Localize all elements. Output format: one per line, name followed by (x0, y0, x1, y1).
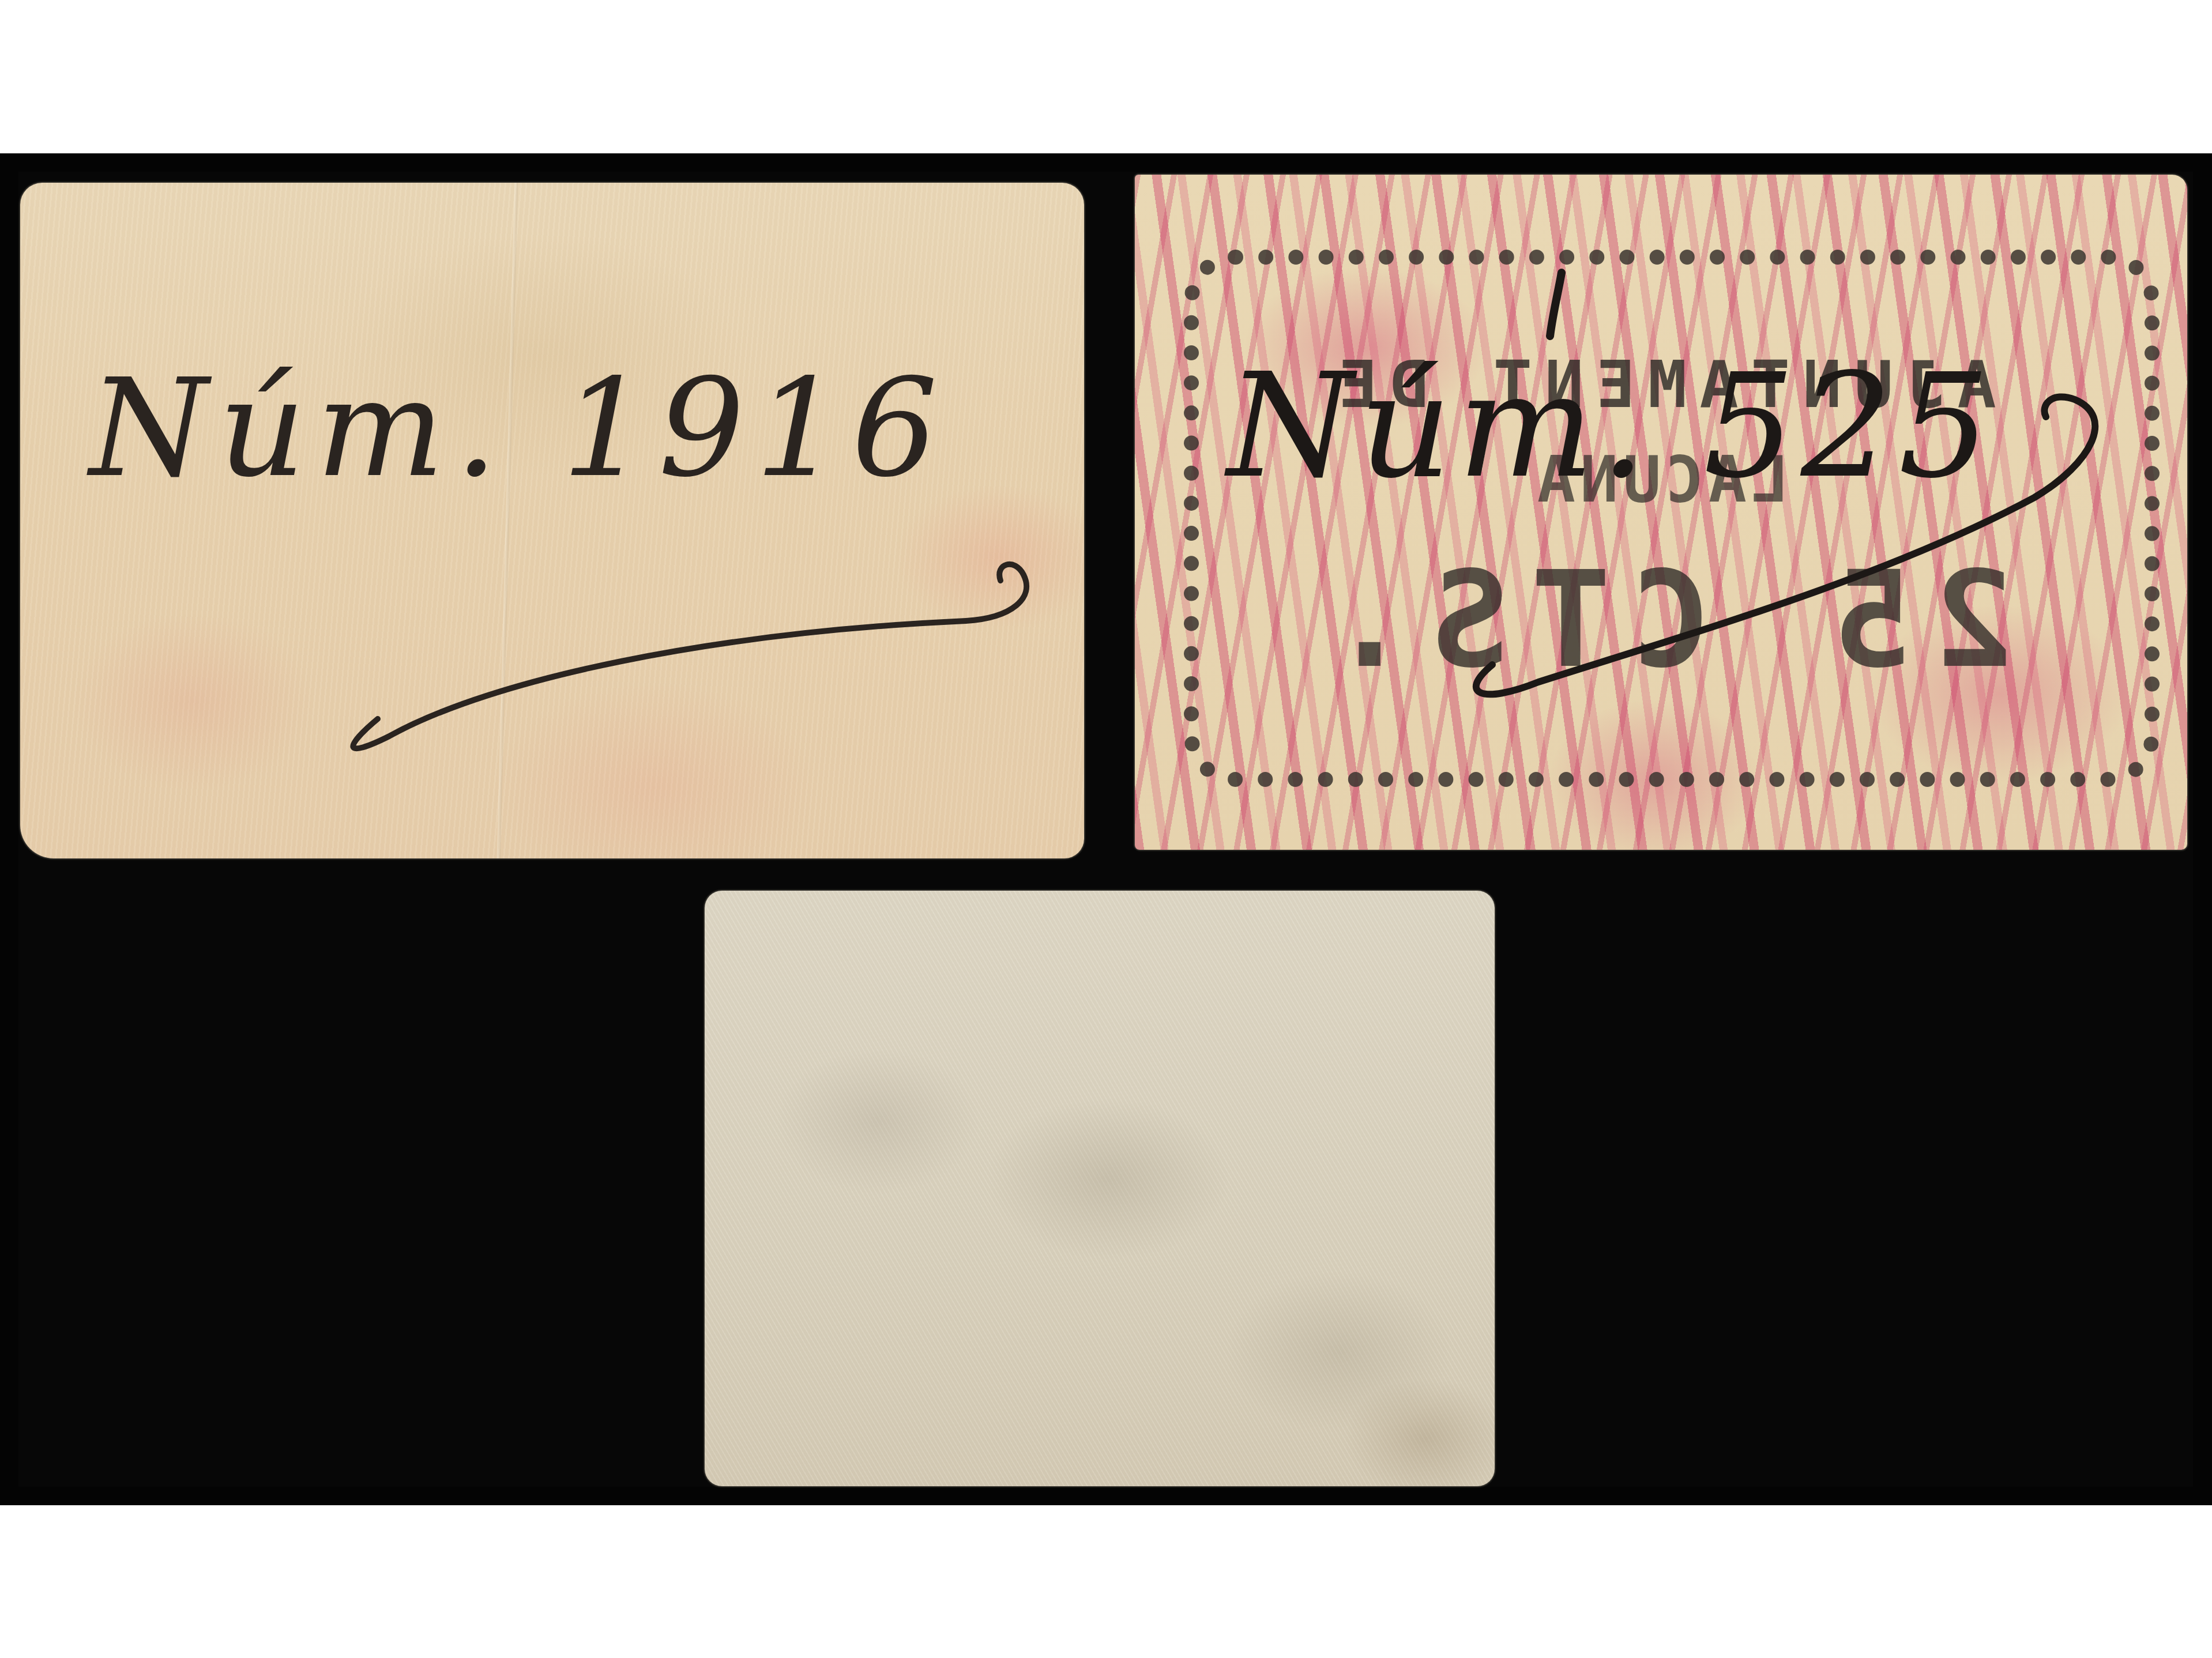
handwritten-serial-left: Núm. 1916 (89, 350, 948, 507)
banknote-left: Núm. 1916 (20, 183, 1084, 858)
handwritten-label: Núm. (89, 350, 509, 507)
handwritten-number: 1916 (562, 350, 948, 507)
flourish-underline-left (20, 183, 1084, 858)
banknote-bottom-blank (705, 891, 1495, 1486)
handwritten-label: Núm. (1227, 342, 1652, 510)
handwritten-serial-right: Núm. 525 (1227, 342, 1996, 510)
handwritten-number: 525 (1703, 342, 1996, 510)
dotted-frame (1184, 250, 2160, 787)
fold-crease (497, 183, 518, 858)
banknote-right: AJUNTAMENT DE LACUNA 25 CTS. Núm. 525 (1135, 175, 2187, 850)
printed-value-mirrored: 25 CTS. (1135, 544, 2187, 698)
